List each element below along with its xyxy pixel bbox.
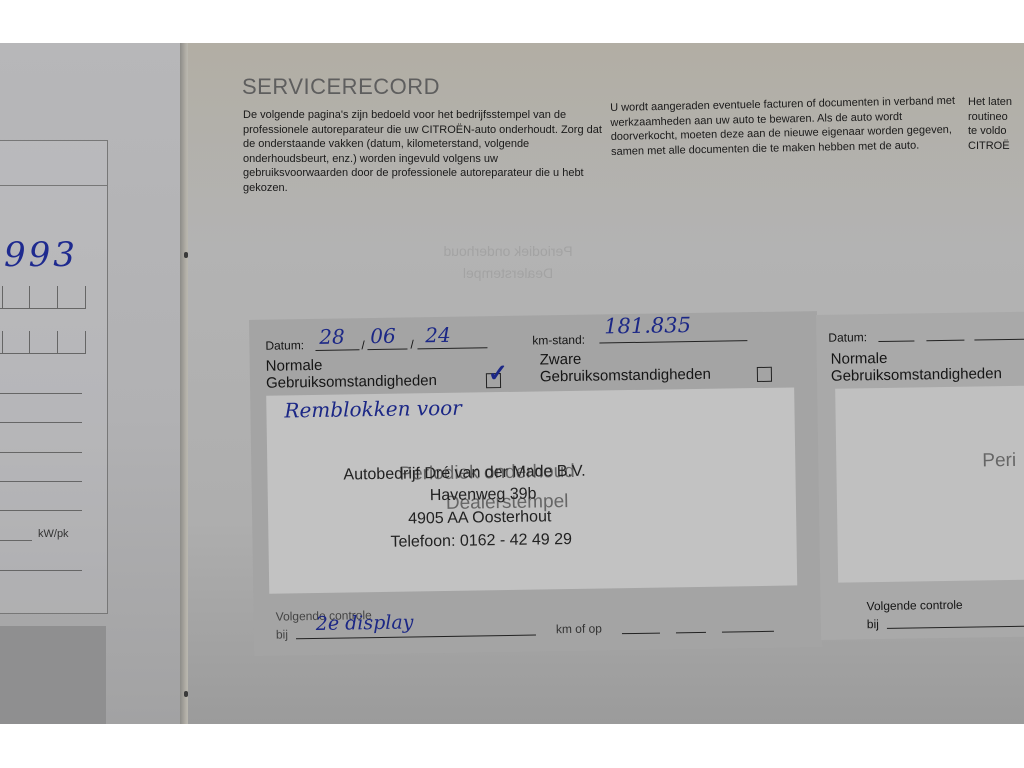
box-header-divider [0,185,107,186]
date-separator: / [361,338,365,352]
intro-text-far-right: Het laten routineo te voldo CITROË [968,95,1024,153]
date-year-value: 24 [425,323,451,347]
heavy-usage-label-2: Gebruiksomstandigheden [540,366,711,386]
date-month-value: 06 [370,324,396,348]
km-value: 181.835 [604,313,691,338]
digit-boxes-row-2 [0,331,86,354]
date-label: Datum: [265,338,304,353]
date-separator: / [410,337,414,351]
service-record-card: Datum: 28 / 06 / 24 km-stand: 181.835 No… [249,311,822,656]
normal-usage-label-2b: Gebruiksomstandigheden [831,365,1002,385]
next-date-day-field[interactable] [622,619,660,635]
heavy-usage-label-1: Zware [540,351,582,369]
handwritten-number: 993 [4,235,78,275]
next-check-label-2: Volgende controle [866,598,962,614]
form-line [0,540,32,541]
km-or-on-label: km of op [556,621,602,636]
power-unit-label: kW/pk [38,528,69,540]
text-line: CITROË [968,139,1024,154]
normal-usage-label-2: Gebruiksomstandigheden [266,372,437,392]
form-line [0,452,82,453]
watermark-peri: Peri [982,450,1016,473]
checkmark-icon: ✓ [488,358,509,387]
heavy-usage-checkbox[interactable] [757,367,772,382]
service-record-card-2: Datum: Normale Gebruiksomstandigheden Pe… [816,311,1024,640]
vehicle-info-box [0,140,108,614]
next-check-at-label-2: bij [867,617,879,631]
date-month-field-2[interactable] [926,326,964,342]
intro-text-left: De volgende pagina's zijn bedoeld voor h… [243,108,603,195]
form-line [0,422,82,423]
normal-usage-label-1b: Normale [831,350,888,368]
date-day-field-2[interactable] [878,326,914,342]
text-line: Het laten [968,95,1024,110]
dealer-stamp-area-2[interactable]: Peri [835,385,1024,582]
date-label-2: Datum: [828,330,867,345]
ghost-line: Dealerstempel [378,262,638,284]
page-title: SERVICERECORD [242,74,440,100]
dealer-stamp-area[interactable]: Remblokken voor Periodiek onderhoud Deal… [266,387,797,593]
left-page-grey-block [0,626,106,724]
digit-boxes-row-1 [0,286,86,309]
next-check-value: 2e display [316,611,414,635]
ghost-line: Periodiek onderhoud [378,240,638,262]
handwritten-note: Remblokken voor [284,396,462,423]
form-line [0,481,82,482]
bottom-margin [0,724,1024,768]
text-line: routineo [968,110,1024,125]
stamp-city: 4905 AA Oosterhout [408,508,551,528]
left-page: 993 kW/pk [0,43,182,724]
show-through-text: Periodiek onderhoud Dealerstempel [378,240,638,284]
date-day-value: 28 [319,324,345,348]
form-line [0,570,82,571]
date-year-field-2[interactable] [974,325,1024,341]
stamp-street: Havenweg 39b [430,486,537,506]
form-line [0,393,82,394]
text-line: te voldo [968,124,1024,139]
stamp-company: Autobedrijf Dré van der Made B.V. [343,463,585,485]
normal-usage-label-1: Normale [266,357,323,375]
stamp-phone: Telefoon: 0162 - 42 49 29 [390,531,572,552]
form-line [0,510,82,511]
photo-open-booklet: 993 kW/pk SERVICERECORD De volgende pagi… [0,43,1024,724]
next-check-at-label: bij [276,627,288,641]
intro-text-right: U wordt aangeraden eventuele facturen of… [610,94,961,159]
km-label: km-stand: [532,333,585,348]
next-check-field-2[interactable] [887,611,1024,629]
next-date-year-field[interactable] [722,617,774,633]
next-date-month-field[interactable] [676,618,706,633]
